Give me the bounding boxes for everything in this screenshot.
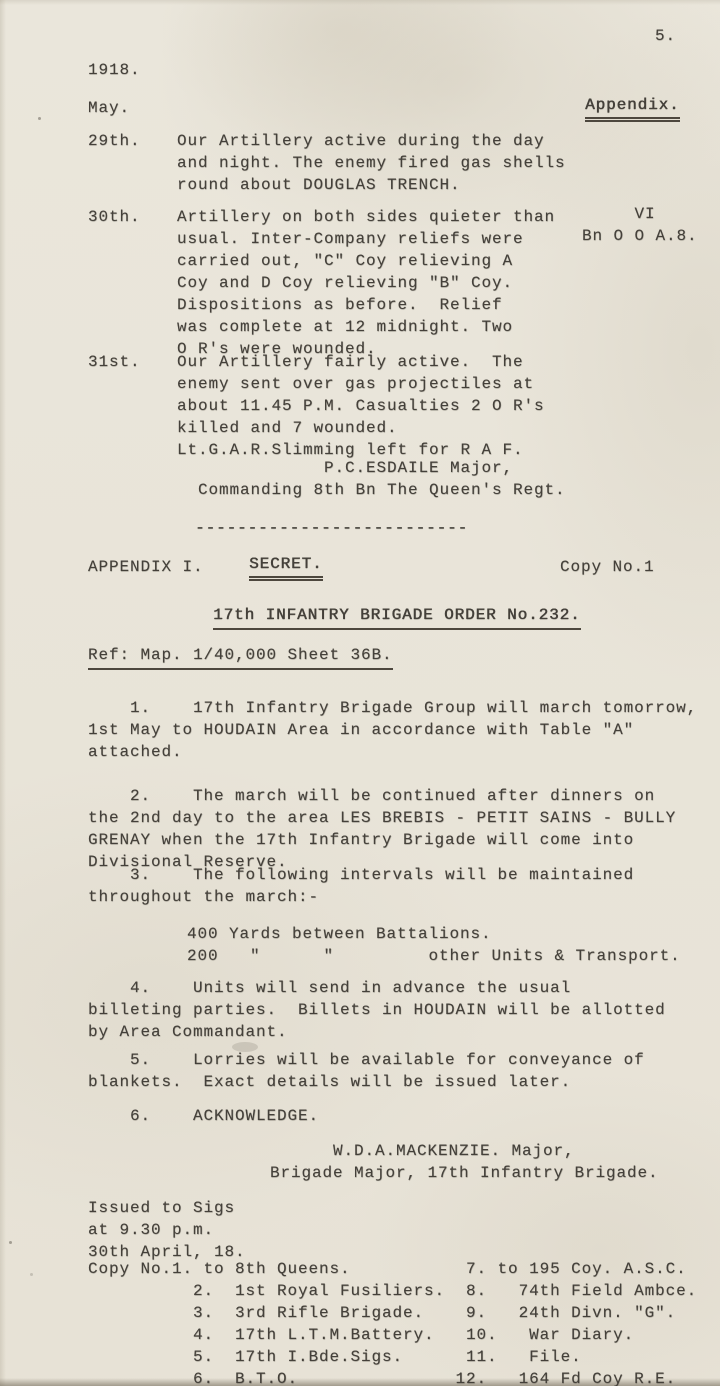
order-paragraph-1: 1. 17th Infantry Brigade Group will marc… xyxy=(88,697,697,763)
order-paragraph-5: 5. Lorries will be available for conveya… xyxy=(88,1049,645,1093)
esdaile-signature-block: P.C.ESDAILE Major, Commanding 8th Bn The… xyxy=(198,457,566,501)
scanned-document-page: 5. 1918. May. Appendix. 29th. Our Artill… xyxy=(0,0,720,1386)
mackenzie-signature-block: W.D.A.MACKENZIE. Major, Brigade Major, 1… xyxy=(270,1140,659,1184)
entry-text-31st: Our Artillery fairly active. The enemy s… xyxy=(177,351,545,461)
entry-text-30th: Artillery on both sides quieter than usu… xyxy=(177,206,555,360)
distribution-row: 4. 17th L.T.M.Battery. 10. War Diary. xyxy=(88,1324,697,1346)
distribution-row: 5. 17th I.Bde.Sigs. 11. File. xyxy=(88,1346,697,1368)
margin-note-battalion-ref: Bn O O A.8. xyxy=(582,225,708,247)
distribution-row: 3. 3rd Rifle Brigade. 9. 24th Divn. "G". xyxy=(88,1302,697,1324)
march-intervals: 400 Yards between Battalions. 200 " " ot… xyxy=(187,923,681,967)
separator-dashed-line: -------------------------- xyxy=(195,517,468,539)
distribution-row: 2. 1st Royal Fusiliers. 8. 74th Field Am… xyxy=(88,1280,697,1302)
entry-date-29th: 29th. xyxy=(88,130,141,152)
entry-text-29th: Our Artillery active during the day and … xyxy=(177,130,566,196)
appendix-column-label: Appendix. xyxy=(585,94,680,122)
order-paragraph-3: 3. The following intervals will be maint… xyxy=(88,864,634,908)
classification-secret-label: SECRET. xyxy=(249,553,323,581)
map-reference: Ref: Map. 1/40,000 Sheet 36B. xyxy=(88,644,393,670)
scan-edge-shadow-left xyxy=(0,0,6,1386)
entry-date-31st: 31st. xyxy=(88,351,141,373)
brigade-order-title: 17th INFANTRY BRIGADE ORDER No.232. xyxy=(213,604,581,630)
order-paragraph-2: 2. The march will be continued after din… xyxy=(88,785,676,873)
scan-edge-shadow-top xyxy=(0,0,720,5)
page-number: 5. xyxy=(655,25,676,47)
paper-speck xyxy=(30,1273,33,1276)
distribution-row: Copy No.1. to 8th Queens. 7. to 195 Coy.… xyxy=(88,1258,697,1280)
issued-note: Issued to Sigs at 9.30 p.m. 30th April, … xyxy=(88,1197,246,1263)
margin-reference-note: VI Bn O O A.8. xyxy=(582,203,708,247)
copy-number-label: Copy No.1 xyxy=(560,556,655,578)
paper-speck xyxy=(9,1241,12,1244)
distribution-list: Copy No.1. to 8th Queens. 7. to 195 Coy.… xyxy=(88,1258,697,1386)
appendix-heading: APPENDIX I. xyxy=(88,556,204,578)
month-label: May. xyxy=(88,97,130,119)
year-label: 1918. xyxy=(88,59,141,81)
entry-date-30th: 30th. xyxy=(88,206,141,228)
paper-speck xyxy=(38,117,41,120)
distribution-row: 6. B.T.O. 12. 164 Fd Coy R.E. xyxy=(88,1368,697,1386)
margin-note-corps-numeral: VI xyxy=(582,203,708,225)
order-paragraph-6: 6. ACKNOWLEDGE. xyxy=(88,1105,319,1127)
order-paragraph-4: 4. Units will send in advance the usual … xyxy=(88,977,666,1043)
